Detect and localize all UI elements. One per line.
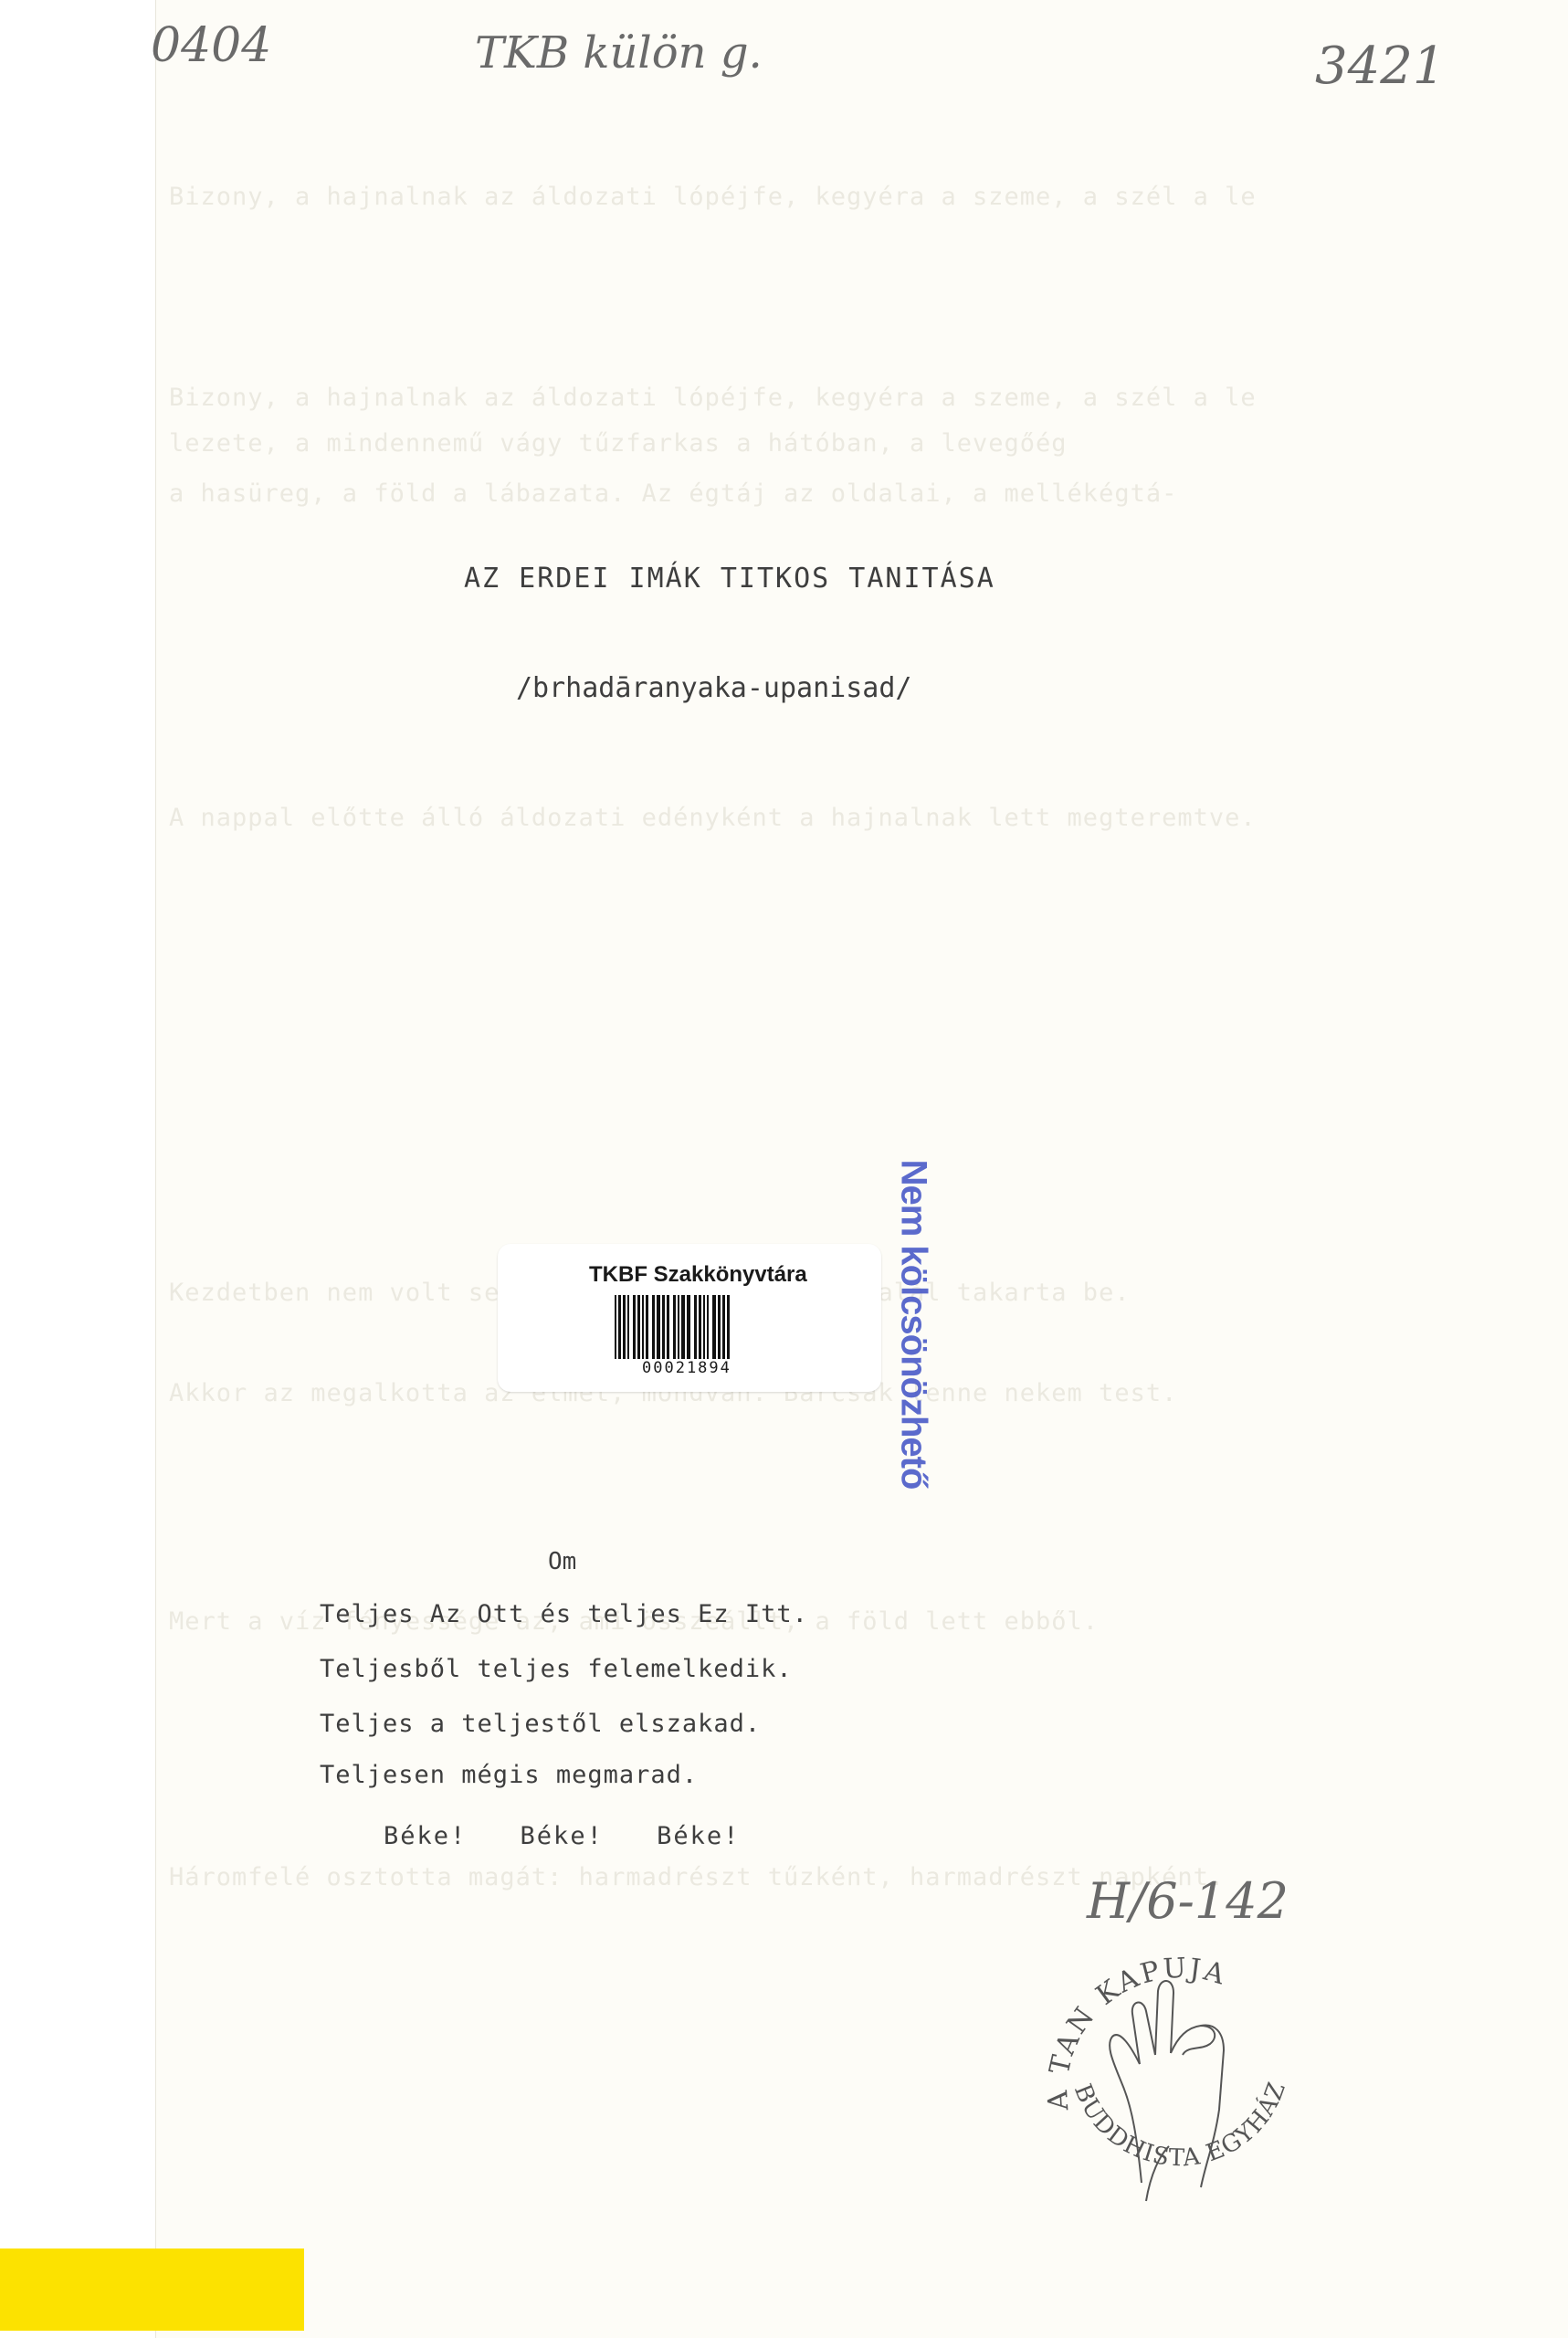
verse-line: Teljesből teljes felemelkedik. xyxy=(320,1655,793,1683)
handwritten-note: TKB külön g. xyxy=(475,27,763,79)
peace-word: Béke! xyxy=(384,1822,467,1850)
verse-line: Teljes a teljestől elszakad. xyxy=(320,1710,761,1738)
not-for-loan-stamp: Nem kölcsönözhető xyxy=(886,1169,941,1480)
bleed-through-line: lezete, a mindennemű vágy tűzfarkas a há… xyxy=(169,429,1539,458)
bleed-through-line: Háromfelé osztotta magát: harmadrészt tű… xyxy=(169,1863,1539,1891)
document-subtitle: /brhadāranyaka-upanisad/ xyxy=(516,672,911,704)
barcode-icon xyxy=(615,1295,779,1359)
scanned-page xyxy=(155,0,1568,2338)
handwritten-number-right: 3421 xyxy=(1315,37,1446,96)
buddhist-church-stamp: A TAN KAPUJA BUDDHISTA EGYHÁZ BUDAPEST xyxy=(1032,1927,1324,2219)
handwritten-number-left: 0404 xyxy=(151,18,271,73)
bleed-through-line: a hasüreg, a föld a lábazata. Az égtáj a… xyxy=(169,479,1539,508)
bleed-through-line: Bizony, a hajnalnak az áldozati lópéjfe,… xyxy=(169,183,1539,211)
barcode-number: 00021894 xyxy=(642,1359,731,1377)
peace-word: Béke! xyxy=(521,1822,604,1850)
bleed-through-line: Bizony, a hajnalnak az áldozati lópéjfe,… xyxy=(169,384,1539,412)
handwritten-call-number: H/6-142 xyxy=(1087,1872,1289,1930)
peace-line: Béke! Béke! Béke! xyxy=(384,1822,776,1850)
peace-word: Béke! xyxy=(657,1822,740,1850)
bleed-through-line: A nappal előtte álló áldozati edényként … xyxy=(169,804,1539,832)
yellow-marker-tab xyxy=(0,2248,304,2331)
not-for-loan-stamp-text: Nem kölcsönözhető xyxy=(893,1160,934,1490)
verse-line: Teljesen mégis megmarad. xyxy=(320,1761,698,1789)
stamp-top-text: A TAN KAPUJA xyxy=(1042,1953,1231,2112)
library-label-title: TKBF Szakkönyvtára xyxy=(589,1262,807,1288)
document-title: AZ ERDEI IMÁK TITKOS TANITÁSA xyxy=(464,563,995,595)
invocation-om: Om xyxy=(548,1548,576,1575)
library-label: TKBF Szakkönyvtára 00021894 xyxy=(498,1244,881,1392)
verse-line: Teljes Az Ott és teljes Ez Itt. xyxy=(320,1600,808,1628)
